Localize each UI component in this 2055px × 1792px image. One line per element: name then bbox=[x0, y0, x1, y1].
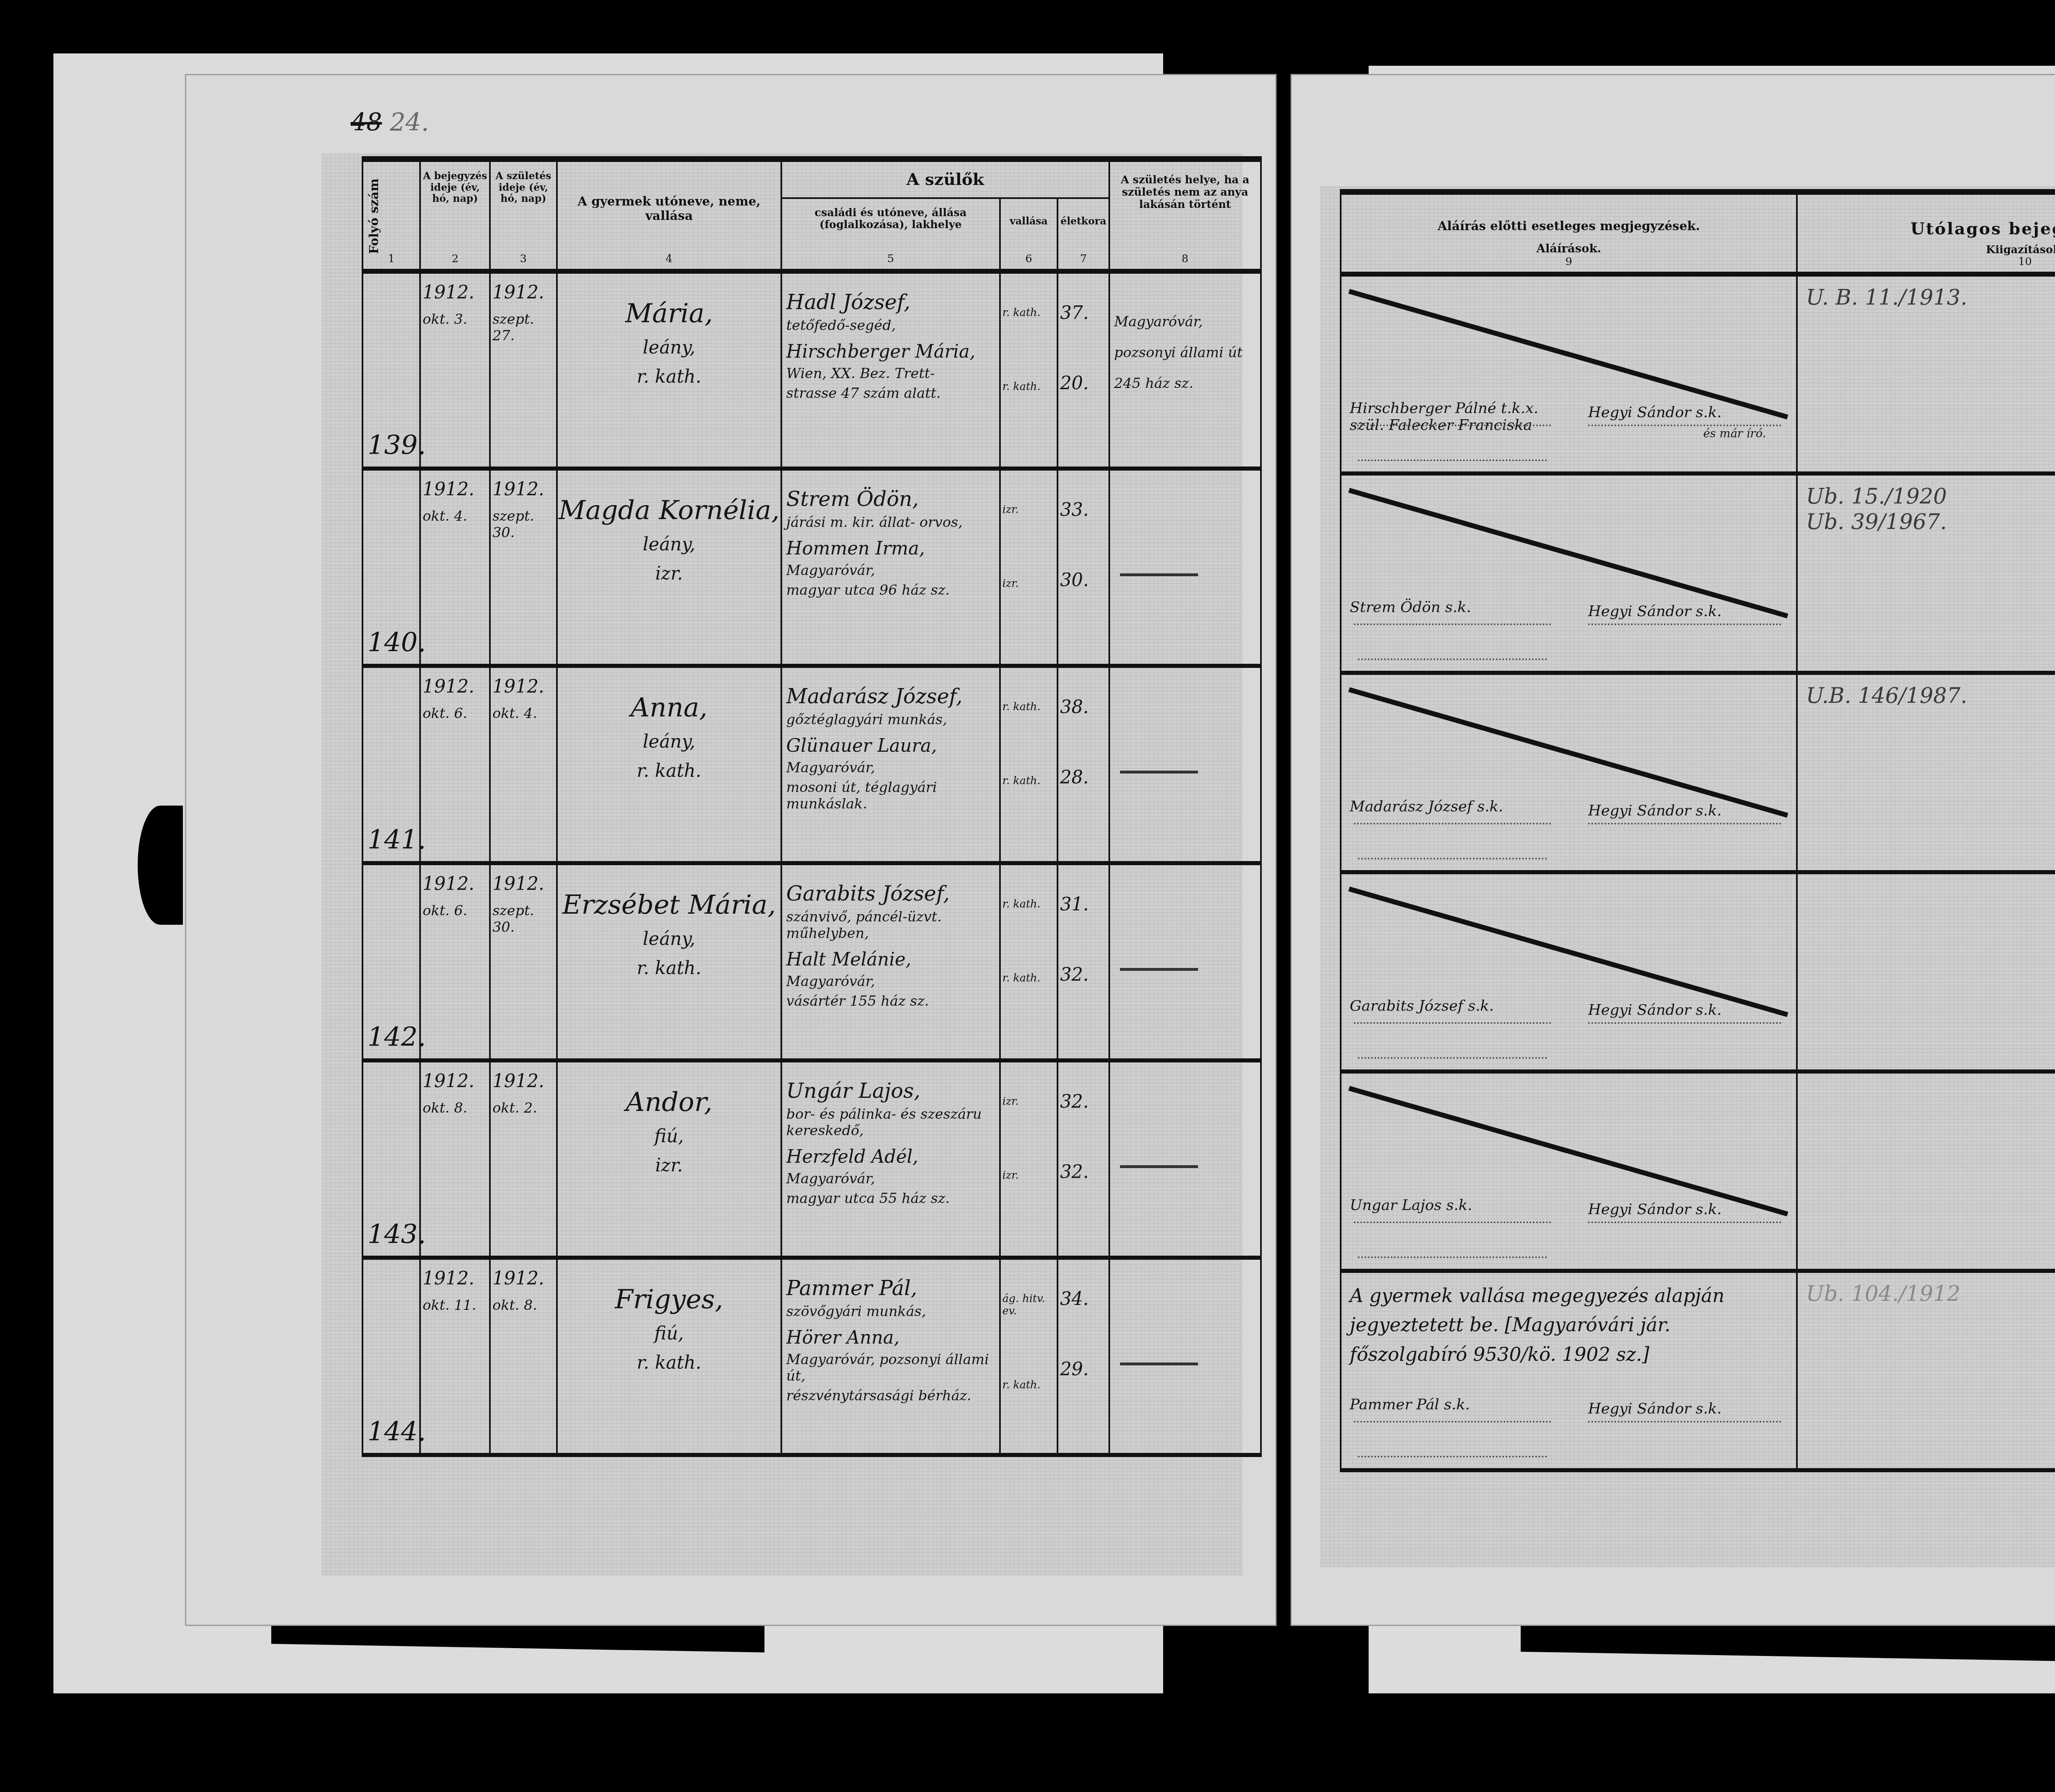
cell-vallasa: r. kath. r. kath. bbox=[1000, 863, 1058, 1060]
field-child-rel: izr. bbox=[558, 1147, 780, 1176]
field-mother: Hörer Anna, bbox=[786, 1323, 995, 1348]
field-father: Hadl József, bbox=[786, 290, 995, 314]
informant-signature-line bbox=[1354, 624, 1551, 625]
cell-eletkora: 34. 29. bbox=[1058, 1258, 1109, 1455]
field-father-job: járási m. kir. állat- orvos, bbox=[786, 511, 995, 534]
field-registrar-sig: Hegyi Sándor s.k. bbox=[1588, 1400, 1794, 1417]
witness-signature-line bbox=[1358, 1256, 1547, 1258]
register-row: 144. 1912. okt. 11. 1912. okt. 8. Frigye… bbox=[363, 1258, 1261, 1455]
field-father-age: 33. bbox=[1058, 471, 1108, 520]
header-col-vallasa: vallása6 bbox=[1000, 198, 1058, 272]
field-mother-rel: r. kath. bbox=[1001, 1317, 1057, 1391]
cell-szuletes-ideje: 1912. szept. 30. bbox=[490, 863, 556, 1060]
registrar-signature-line bbox=[1588, 624, 1781, 625]
field-mother-addr2: mosoni út, téglagyári munkáslak. bbox=[786, 776, 995, 812]
informant-signature-line bbox=[1354, 425, 1551, 426]
field-birthplace bbox=[1110, 668, 1260, 701]
cell-szuletes-helye bbox=[1109, 863, 1261, 1060]
registrar-signature-line bbox=[1588, 1222, 1781, 1223]
field-father-age: 37. bbox=[1058, 274, 1108, 323]
field-reg-year: 1912. bbox=[421, 1062, 489, 1092]
field-father: Strem Ödön, bbox=[786, 487, 995, 511]
cell-bejegyzes-ideje: 1912. okt. 11. bbox=[420, 1258, 490, 1455]
blank-dash bbox=[1120, 1165, 1198, 1168]
field-father-job: szánvivő, páncél-üzvt. műhelyben, bbox=[786, 905, 995, 945]
register-rows-right: Hirschberger Pálné t.k.x. szül. Falecker… bbox=[1341, 274, 2055, 1470]
field-no: 142. bbox=[367, 1022, 426, 1053]
registrar-signature-line bbox=[1588, 1421, 1781, 1423]
field-birthplace bbox=[1110, 471, 1260, 503]
field-child-name: Magda Kornélia, bbox=[558, 471, 780, 526]
field-later-entries bbox=[1798, 1074, 2055, 1090]
cell-utolagos: U. B. 11./1913. bbox=[1797, 274, 2055, 473]
field-father-age: 34. bbox=[1058, 1260, 1108, 1309]
cell-utolagos: Ub. 104./1912 bbox=[1797, 1271, 2055, 1470]
cell-folyo-szam: 140. bbox=[363, 469, 420, 666]
field-later-entries bbox=[1798, 874, 2055, 891]
header-col-utolagos: Utólagos bejegyzések. Kiigazítások. 10 bbox=[1797, 192, 2055, 274]
cell-szulok: Garabits József, szánvivő, páncél-üzvt. … bbox=[781, 863, 1000, 1060]
field-birthplace bbox=[1110, 1260, 1260, 1293]
field-mother-age: 30. bbox=[1058, 520, 1108, 591]
witness-signature-line bbox=[1358, 858, 1547, 859]
field-no: 139. bbox=[367, 430, 426, 461]
field-reg-year: 1912. bbox=[421, 865, 489, 894]
field-mother-rel: izr. bbox=[1001, 1108, 1057, 1182]
cell-vallasa: ág. hitv. ev. r. kath. bbox=[1000, 1258, 1058, 1455]
field-reg-day: okt. 4. bbox=[421, 500, 489, 533]
field-child-sex: fiú, bbox=[558, 1315, 780, 1344]
field-child-name: Anna, bbox=[558, 668, 780, 723]
field-reg-day: okt. 11. bbox=[421, 1289, 489, 1322]
cell-bejegyzes-ideje: 1912. okt. 4. bbox=[420, 469, 490, 666]
field-birth-year: 1912. bbox=[491, 1260, 556, 1289]
field-father: Madarász József, bbox=[786, 684, 995, 708]
field-informant-sig: Pammer Pál s.k. bbox=[1350, 1396, 1563, 1413]
register-row: A gyermek vallása megegyezés alapján jeg… bbox=[1341, 1271, 2055, 1470]
field-mother-age: 32. bbox=[1058, 915, 1108, 985]
cell-folyo-szam: 142. bbox=[363, 863, 420, 1060]
field-mother-addr1: Magyaróvár, bbox=[786, 1167, 995, 1187]
field-father-age: 31. bbox=[1058, 865, 1108, 915]
informant-signature-line bbox=[1354, 823, 1551, 824]
cell-gyermek: Anna, leány, r. kath. bbox=[557, 666, 781, 863]
field-mother: Herzfeld Adél, bbox=[786, 1142, 995, 1167]
field-child-rel: r. kath. bbox=[558, 1344, 780, 1373]
cell-szulok: Hadl József, tetőfedő-segéd, Hirschberge… bbox=[781, 271, 1000, 469]
register-row: 140. 1912. okt. 4. 1912. szept. 30. Magd… bbox=[363, 469, 1261, 666]
field-no: 143. bbox=[367, 1219, 426, 1250]
cell-folyo-szam: 141. bbox=[363, 666, 420, 863]
cell-utolagos bbox=[1797, 872, 2055, 1072]
field-informant-sig: Madarász József s.k. bbox=[1350, 798, 1563, 815]
header-group-szulok: A szülők bbox=[781, 159, 1109, 198]
field-mother-rel: r. kath. bbox=[1001, 713, 1057, 787]
field-registrar-sig: Hegyi Sándor s.k. bbox=[1588, 603, 1794, 620]
field-mother: Halt Melánie, bbox=[786, 945, 995, 970]
field-mother-addr2: vásártér 155 ház sz. bbox=[786, 990, 995, 1009]
field-mother-rel: r. kath. bbox=[1001, 910, 1057, 984]
field-child-sex: leány, bbox=[558, 526, 780, 555]
field-birth-year: 1912. bbox=[491, 1062, 556, 1092]
field-father-job: tetőfedő-segéd, bbox=[786, 314, 995, 337]
cell-alairasok: Garabits József s.k. Hegyi Sándor s.k. bbox=[1341, 872, 1797, 1072]
field-reg-year: 1912. bbox=[421, 471, 489, 500]
register-row: 141. 1912. okt. 6. 1912. okt. 4. Anna, l… bbox=[363, 666, 1261, 863]
cell-folyo-szam: 139. bbox=[363, 271, 420, 469]
later-entry: Ub. 15./1920 bbox=[1806, 484, 2055, 509]
cell-szuletes-helye bbox=[1109, 469, 1261, 666]
field-mother-addr2: magyar utca 55 ház sz. bbox=[786, 1187, 995, 1207]
cell-bejegyzes-ideje: 1912. okt. 8. bbox=[420, 1060, 490, 1258]
field-birth-year: 1912. bbox=[491, 865, 556, 894]
cell-vallasa: r. kath. r. kath. bbox=[1000, 271, 1058, 469]
field-mother-addr2: strasse 47 szám alatt. bbox=[786, 382, 995, 402]
field-child-name: Andor, bbox=[558, 1062, 780, 1118]
field-mother-age: 28. bbox=[1058, 718, 1108, 788]
register-row: 139. 1912. okt. 3. 1912. szept. 27. Mári… bbox=[363, 271, 1261, 469]
field-reg-day: okt. 6. bbox=[421, 697, 489, 730]
informant-signature-line bbox=[1354, 1222, 1551, 1223]
cell-folyo-szam: 144. bbox=[363, 1258, 420, 1455]
field-later-entries: U.B. 146/1987. bbox=[1798, 675, 2055, 717]
field-mother-addr2: részvénytársasági bérház. bbox=[786, 1384, 995, 1404]
cell-szulok: Madarász József, gőztéglagyári munkás, G… bbox=[781, 666, 1000, 863]
cell-gyermek: Mária, leány, r. kath. bbox=[557, 271, 781, 469]
cell-bejegyzes-ideje: 1912. okt. 3. bbox=[420, 271, 490, 469]
cell-eletkora: 37. 20. bbox=[1058, 271, 1109, 469]
cell-gyermek: Erzsébet Mária, leány, r. kath. bbox=[557, 863, 781, 1060]
field-mother-age: 20. bbox=[1058, 323, 1108, 394]
field-no: 144. bbox=[367, 1417, 426, 1447]
witness-signature-line bbox=[1358, 1456, 1547, 1457]
register-row: Madarász József s.k. Hegyi Sándor s.k. U… bbox=[1341, 673, 2055, 872]
field-later-entries: Ub. 104./1912 bbox=[1798, 1273, 2055, 1315]
field-father: Pammer Pál, bbox=[786, 1276, 995, 1300]
field-birth-year: 1912. bbox=[491, 274, 556, 303]
register-row: Ungar Lajos s.k. Hegyi Sándor s.k. bbox=[1341, 1072, 2055, 1271]
cell-szuletes-helye: Magyaróvár, pozsonyi állami út 245 ház s… bbox=[1109, 271, 1261, 469]
cell-alairasok: Ungar Lajos s.k. Hegyi Sándor s.k. bbox=[1341, 1072, 1797, 1271]
field-informant-sig: Garabits József s.k. bbox=[1350, 998, 1563, 1014]
field-reg-day: okt. 3. bbox=[421, 303, 489, 336]
registrar-signature-line bbox=[1588, 823, 1781, 824]
witness-signature-line bbox=[1358, 1057, 1547, 1059]
field-father: Garabits József, bbox=[786, 882, 995, 905]
header-col-szuletes-helye: A születés helye, ha a születés nem az a… bbox=[1109, 159, 1261, 271]
field-mother-rel: izr. bbox=[1001, 516, 1057, 590]
cell-gyermek: Andor, fiú, izr. bbox=[557, 1060, 781, 1258]
cell-vallasa: izr. izr. bbox=[1000, 1060, 1058, 1258]
field-child-rel: izr. bbox=[558, 555, 780, 584]
field-child-name: Mária, bbox=[558, 274, 780, 329]
register-table-right: Aláírás előtti esetleges megjegyzések. A… bbox=[1340, 189, 2055, 1472]
header-col-gyermek: A gyermek utóneve, neme, vallása4 bbox=[557, 159, 781, 271]
field-mother-addr1: Magyaróvár, bbox=[786, 559, 995, 579]
field-mother-addr1: Magyaróvár, pozsonyi állami út, bbox=[786, 1348, 995, 1384]
field-later-entries: Ub. 15./1920Ub. 39/1967. bbox=[1798, 476, 2055, 543]
field-father-age: 38. bbox=[1058, 668, 1108, 718]
register-rows-left: 139. 1912. okt. 3. 1912. szept. 27. Mári… bbox=[363, 271, 1261, 1455]
field-mother-addr1: Wien, XX. Bez. Trett- bbox=[786, 362, 995, 382]
registrar-signature-line bbox=[1588, 1022, 1781, 1024]
field-reg-day: okt. 8. bbox=[421, 1092, 489, 1125]
field-birth-day: okt. 2. bbox=[491, 1092, 556, 1125]
later-entry: Ub. 39/1967. bbox=[1806, 509, 2055, 535]
field-registrar-extra: és már író. bbox=[1703, 427, 1777, 440]
field-no: 141. bbox=[367, 825, 426, 855]
cell-utolagos: U.B. 146/1987. bbox=[1797, 673, 2055, 872]
header-col-szuletes-ideje: A születés ideje (év, hó, nap)3 bbox=[490, 159, 556, 271]
field-father-rel: r. kath. bbox=[1001, 668, 1057, 713]
field-mother: Hommen Irma, bbox=[786, 534, 995, 559]
cell-vallasa: izr. izr. bbox=[1000, 469, 1058, 666]
field-child-sex: leány, bbox=[558, 329, 780, 358]
field-reg-year: 1912. bbox=[421, 274, 489, 303]
field-informant-sig: Ungar Lajos s.k. bbox=[1350, 1197, 1563, 1214]
field-informant-sig: Hirschberger Pálné t.k.x. szül. Falecker… bbox=[1350, 400, 1563, 434]
later-entry: Ub. 104./1912 bbox=[1806, 1281, 2055, 1307]
cell-szuletes-helye bbox=[1109, 1060, 1261, 1258]
field-father-rel: izr. bbox=[1001, 471, 1057, 516]
field-child-rel: r. kath. bbox=[558, 949, 780, 979]
informant-signature-line bbox=[1354, 1022, 1551, 1024]
cell-eletkora: 38. 28. bbox=[1058, 666, 1109, 863]
field-child-name: Erzsébet Mária, bbox=[558, 865, 780, 920]
informant-signature-line bbox=[1354, 1421, 1551, 1423]
cell-alairasok: A gyermek vallása megegyezés alapján jeg… bbox=[1341, 1271, 1797, 1470]
witness-signature-line bbox=[1358, 658, 1547, 660]
register-row: Hirschberger Pálné t.k.x. szül. Falecker… bbox=[1341, 274, 2055, 473]
field-birthplace: Magyaróvár, pozsonyi állami út 245 ház s… bbox=[1110, 274, 1260, 399]
field-reg-year: 1912. bbox=[421, 1260, 489, 1289]
blank-dash bbox=[1120, 1362, 1198, 1365]
field-father-rel: izr. bbox=[1001, 1062, 1057, 1108]
field-birth-day: okt. 8. bbox=[491, 1289, 556, 1322]
register-row: 142. 1912. okt. 6. 1912. szept. 30. Erzs… bbox=[363, 863, 1261, 1060]
cell-eletkora: 31. 32. bbox=[1058, 863, 1109, 1060]
field-birth-year: 1912. bbox=[491, 471, 556, 500]
left-page-number: 48 24. bbox=[351, 108, 429, 137]
cell-szulok: Strem Ödön, járási m. kir. állat- orvos,… bbox=[781, 469, 1000, 666]
witness-signature-line bbox=[1358, 460, 1547, 461]
cell-szuletes-helye bbox=[1109, 1258, 1261, 1455]
registrar-signature-line bbox=[1588, 425, 1781, 426]
field-child-rel: r. kath. bbox=[558, 358, 780, 387]
field-child-sex: fiú, bbox=[558, 1118, 780, 1147]
register-row: Garabits József s.k. Hegyi Sándor s.k. bbox=[1341, 872, 2055, 1072]
field-mother-rel: r. kath. bbox=[1001, 319, 1057, 393]
cell-alairasok: Strem Ödön s.k. Hegyi Sándor s.k. bbox=[1341, 473, 1797, 673]
cell-folyo-szam: 143. bbox=[363, 1060, 420, 1258]
field-registrar-sig: Hegyi Sándor s.k. bbox=[1588, 404, 1794, 421]
field-mother-age: 29. bbox=[1058, 1309, 1108, 1380]
cell-bejegyzes-ideje: 1912. okt. 6. bbox=[420, 863, 490, 1060]
field-mother: Glünauer Laura, bbox=[786, 731, 995, 756]
cell-szuletes-ideje: 1912. szept. 30. bbox=[490, 469, 556, 666]
binding-clip-left bbox=[138, 806, 183, 925]
cell-eletkora: 32. 32. bbox=[1058, 1060, 1109, 1258]
field-father-rel: r. kath. bbox=[1001, 274, 1057, 319]
blank-dash bbox=[1120, 573, 1198, 576]
field-mother-age: 32. bbox=[1058, 1112, 1108, 1182]
cell-szuletes-helye bbox=[1109, 666, 1261, 863]
cell-gyermek: Frigyes, fiú, r. kath. bbox=[557, 1258, 781, 1455]
field-birthplace bbox=[1110, 1062, 1260, 1095]
field-registrar-sig: Hegyi Sándor s.k. bbox=[1588, 802, 1794, 819]
field-mother-addr1: Magyaróvár, bbox=[786, 970, 995, 990]
field-child-sex: leány, bbox=[558, 920, 780, 949]
field-child-sex: leány, bbox=[558, 723, 780, 752]
cell-szuletes-ideje: 1912. okt. 2. bbox=[490, 1060, 556, 1258]
cell-bejegyzes-ideje: 1912. okt. 6. bbox=[420, 666, 490, 863]
field-child-name: Frigyes, bbox=[558, 1260, 780, 1315]
header-col-eletkora: életkora7 bbox=[1058, 198, 1109, 272]
field-mother-addr2: magyar utca 96 ház sz. bbox=[786, 579, 995, 598]
register-row: 143. 1912. okt. 8. 1912. okt. 2. Andor, … bbox=[363, 1060, 1261, 1258]
header-col-megjegyzesek: Aláírás előtti esetleges megjegyzések. A… bbox=[1341, 192, 1797, 274]
cell-szuletes-ideje: 1912. szept. 27. bbox=[490, 271, 556, 469]
later-entry: U. B. 11./1913. bbox=[1806, 285, 2055, 310]
cell-vallasa: r. kath. r. kath. bbox=[1000, 666, 1058, 863]
field-mother: Hirschberger Mária, bbox=[786, 337, 995, 362]
field-reg-day: okt. 6. bbox=[421, 894, 489, 927]
field-no: 140. bbox=[367, 628, 426, 658]
cell-alairasok: Madarász József s.k. Hegyi Sándor s.k. bbox=[1341, 673, 1797, 872]
cell-szuletes-ideje: 1912. okt. 8. bbox=[490, 1258, 556, 1455]
cell-szuletes-ideje: 1912. okt. 4. bbox=[490, 666, 556, 863]
register-table-left: Folyó szám1 A bejegyzés ideje (év, hó, n… bbox=[362, 156, 1262, 1457]
field-father-rel: r. kath. bbox=[1001, 865, 1057, 910]
later-entry: U.B. 146/1987. bbox=[1806, 683, 2055, 709]
field-father-age: 32. bbox=[1058, 1062, 1108, 1112]
blank-dash bbox=[1120, 771, 1198, 774]
cell-szulok: Ungár Lajos, bor- és pálinka- és szeszár… bbox=[781, 1060, 1000, 1258]
field-father-job: szövőgyári munkás, bbox=[786, 1300, 995, 1323]
field-remark: A gyermek vallása megegyezés alapján jeg… bbox=[1350, 1281, 1777, 1369]
cell-utolagos bbox=[1797, 1072, 2055, 1271]
header-col-folyo-szam: Folyó szám1 bbox=[363, 159, 420, 271]
field-birth-day: okt. 4. bbox=[491, 697, 556, 730]
cell-gyermek: Magda Kornélia, leány, izr. bbox=[557, 469, 781, 666]
field-father-rel: ág. hitv. ev. bbox=[1001, 1260, 1057, 1317]
cell-eletkora: 33. 30. bbox=[1058, 469, 1109, 666]
cell-szulok: Pammer Pál, szövőgyári munkás, Hörer Ann… bbox=[781, 1258, 1000, 1455]
field-birth-day: szept. 27. bbox=[491, 303, 556, 352]
register-row: Strem Ödön s.k. Hegyi Sándor s.k. Ub. 15… bbox=[1341, 473, 2055, 673]
field-father-job: bor- és pálinka- és szeszáru kereskedő, bbox=[786, 1103, 995, 1142]
field-reg-year: 1912. bbox=[421, 668, 489, 697]
field-father: Ungár Lajos, bbox=[786, 1079, 995, 1103]
cell-alairasok: Hirschberger Pálné t.k.x. szül. Falecker… bbox=[1341, 274, 1797, 473]
blank-dash bbox=[1120, 968, 1198, 971]
field-informant-sig: Strem Ödön s.k. bbox=[1350, 599, 1563, 616]
field-birthplace bbox=[1110, 865, 1260, 898]
header-col-szulok-nev: családi és utóneve, állása (foglalkozása… bbox=[781, 198, 1000, 272]
field-mother-addr1: Magyaróvár, bbox=[786, 756, 995, 776]
field-registrar-sig: Hegyi Sándor s.k. bbox=[1588, 1002, 1794, 1018]
field-registrar-sig: Hegyi Sándor s.k. bbox=[1588, 1201, 1794, 1218]
cell-utolagos: Ub. 15./1920Ub. 39/1967. bbox=[1797, 473, 2055, 673]
field-birth-year: 1912. bbox=[491, 668, 556, 697]
field-birth-day: szept. 30. bbox=[491, 894, 556, 944]
header-col-bejegyzes-ideje: A bejegyzés ideje (év, hó, nap)2 bbox=[420, 159, 490, 271]
field-birth-day: szept. 30. bbox=[491, 500, 556, 549]
field-child-rel: r. kath. bbox=[558, 752, 780, 781]
field-father-job: gőztéglagyári munkás, bbox=[786, 708, 995, 731]
field-later-entries: U. B. 11./1913. bbox=[1798, 277, 2055, 319]
